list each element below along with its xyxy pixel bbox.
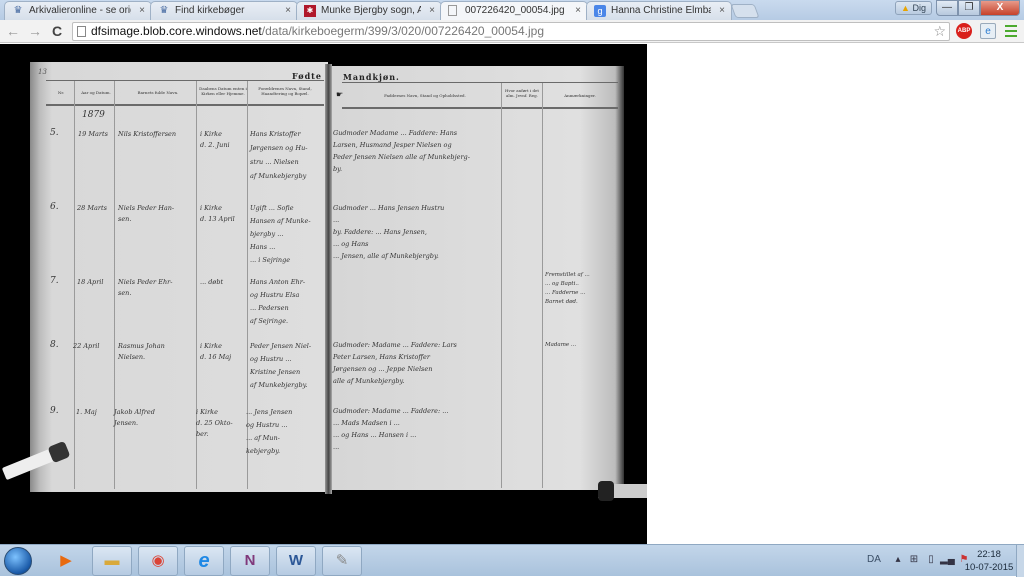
page-number: 13 [38, 67, 47, 78]
entry-sponsors: Peter Larsen, Hans Kristoffer [333, 352, 430, 363]
entry-remark: Fremstillet af ... [545, 271, 590, 280]
entry-child-name: Jensen. [114, 418, 138, 429]
col-header-parents: Forældrenes Navn, Stand, Haandtering og … [250, 86, 320, 96]
entry-sponsors: ... [333, 215, 339, 226]
entry-parents: af Munkebjergby. [250, 380, 308, 391]
entry-baptism: ... døbt [200, 277, 223, 288]
tab-hanna-christine[interactable]: g Hanna Christine Elmbæk f × [586, 1, 732, 20]
entry-sponsors: Peder Jensen Nielsen alle af Munkebjerg- [333, 152, 470, 163]
header-rule-bottom [46, 104, 324, 106]
clock-date: 10-07-2015 [960, 561, 1018, 574]
tab-label: Find kirkebøger [175, 2, 277, 20]
entry-date: 18 April [77, 277, 103, 288]
entry-number: 5. [50, 128, 59, 139]
entry-parents: Kristine Jensen [250, 367, 300, 378]
entry-sponsors: Gudmoder: Madame ... Faddere: ... [333, 406, 448, 417]
col-header-child-name: Barnets fulde Navn. [118, 90, 198, 95]
entry-sponsors: Gudmoder: Madame ... Faddere: Lars [333, 340, 457, 351]
internet-explorer-icon[interactable]: e [184, 546, 224, 576]
col-header-baptism: Daabens Datum enten i Kirken eller Hjemm… [198, 86, 248, 96]
col-header-remarks: Anmærkninger. [545, 93, 615, 98]
ie-tab-extension-icon[interactable]: e [980, 23, 996, 39]
tab-label: Hanna Christine Elmbæk f [611, 2, 711, 20]
chrome-menu-icon[interactable] [1005, 25, 1017, 40]
entry-parents: af Munkebjergby [250, 171, 306, 182]
entry-child-name: Nils Kristoffersen [118, 129, 176, 140]
url-path: /data/kirkeboegerm/399/3/020/007226420_0… [262, 24, 544, 38]
entry-child-name: sen. [118, 288, 131, 299]
entry-sponsors: ... Jensen, alle af Munkebjergby. [333, 251, 439, 262]
entry-child-name: Niels Peder Han- [118, 203, 174, 214]
forward-button[interactable]: → [26, 22, 44, 40]
entry-baptism: i Kirke [200, 341, 222, 352]
entry-parents: stru ... Nielsen [250, 157, 299, 168]
entry-sponsors: Jørgensen og ... Jeppe Nielsen [333, 364, 432, 375]
entry-parents: af Sejringe. [250, 316, 288, 327]
entry-sponsors: by. Faddere: ... Hans Jensen, [333, 227, 427, 238]
tab-label: 007226420_00054.jpg (31 [465, 2, 567, 20]
page-viewport: 13 Fødte Mandkjøn. Nr. Aar og Datum. Bar… [0, 44, 1024, 544]
entry-parents: kebjergby. [246, 446, 280, 457]
tab-label: Munke Bjergby sogn, Alst [321, 2, 421, 20]
entry-number: 6. [50, 202, 59, 213]
col-header-nr: Nr. [50, 90, 72, 95]
reload-button[interactable]: C [48, 22, 66, 40]
profile-badge[interactable]: ▲ Dig [895, 1, 932, 15]
col-header-register: Hvor anført i det alm. Jevnf. Reg. [503, 88, 541, 98]
entry-remark: ... Fadderne ... [545, 289, 585, 298]
start-button[interactable] [4, 547, 32, 575]
entry-child-name: Nielsen. [118, 352, 145, 363]
page-clip-object [598, 484, 647, 498]
entry-parents: Hans Kristoffer [250, 129, 301, 140]
entry-baptism: d. 25 Okto- [196, 418, 233, 429]
column-divider [542, 83, 543, 488]
entry-child-name: Niels Peder Ehr- [118, 277, 172, 288]
entry-parents: Hans Anton Ehr- [250, 277, 305, 288]
chrome-icon[interactable]: ◉ [138, 546, 178, 576]
entry-sponsors: alle af Munkebjergby. [333, 376, 404, 387]
windows-update-icon[interactable]: ⊞ [908, 554, 920, 566]
entry-parents: Hans ... [250, 242, 275, 253]
profile-name: Dig [912, 3, 926, 13]
entry-parents: bjergby ... [250, 229, 283, 240]
entry-child-name: Rasmus Johan [118, 341, 165, 352]
file-explorer-icon[interactable]: ▬ [92, 546, 132, 576]
header-rule-top [46, 80, 324, 81]
book-gutter [325, 64, 332, 494]
header-rule-top [342, 82, 618, 83]
entry-sponsors: ... Mads Madsen i ... [333, 418, 400, 429]
show-desktop-button[interactable] [1016, 545, 1024, 576]
header-rule-bottom [342, 107, 618, 109]
minimize-button[interactable]: — [936, 0, 958, 16]
scanned-church-book-image[interactable]: 13 Fødte Mandkjøn. Nr. Aar og Datum. Bar… [0, 44, 647, 544]
entry-number: 7. [50, 276, 59, 287]
entry-date: 19 Marts [78, 129, 108, 140]
window-controls: ▲ Dig — ❐ X [895, 0, 1020, 16]
entry-child-name: sen. [118, 214, 131, 225]
column-divider [74, 81, 75, 489]
page-icon [448, 5, 457, 16]
bookmark-star-icon[interactable]: ☆ [933, 23, 946, 40]
tab-label: Arkivalieronline - se origir [29, 2, 131, 20]
entry-sponsors: Larsen, Husmand Jesper Nielsen og [333, 140, 452, 151]
network-signal-icon[interactable]: ▂▄ [940, 554, 952, 566]
google-icon: g [594, 5, 606, 17]
show-hidden-icons-icon[interactable]: ▴ [892, 554, 904, 566]
entry-parents: og Hustru ... [250, 354, 292, 365]
paint-icon[interactable]: ✎ [322, 546, 362, 576]
col-header-date: Aar og Datum. [76, 90, 116, 95]
entry-parents: Peder Jensen Niel- [250, 341, 311, 352]
entry-baptism: d. 2. Juni [200, 140, 230, 151]
tab-find-kirkeboger[interactable]: ♛ Find kirkebøger × [150, 1, 298, 20]
system-clock[interactable]: 22:18 10-07-2015 [960, 548, 1018, 574]
clock-time: 22:18 [960, 548, 1018, 561]
entry-date: 22 April [73, 341, 99, 352]
entry-baptism: d. 13 April [200, 214, 235, 225]
entry-parents: og Hustru ... [246, 420, 288, 431]
crown-icon: ♛ [158, 5, 170, 17]
system-tray: DA ▴ ⊞ ▯ ▂▄ ⚑ 22:18 10-07-2015 [824, 545, 1024, 576]
battery-icon[interactable]: ▯ [925, 554, 937, 566]
entry-remark: Barnet død. [545, 298, 578, 307]
entry-remark: ... og Bapti.. [545, 280, 579, 289]
close-tab-icon[interactable]: × [139, 2, 145, 20]
pointer-hand-icon: ☛ [336, 90, 343, 99]
entry-parents: ... Jens Jensen [246, 407, 292, 418]
entry-child-name: Jakob Alfred [114, 407, 155, 418]
entry-baptism: i Kirke [200, 203, 222, 214]
entry-parents: og Hustru Elsa [250, 290, 299, 301]
maximize-button[interactable]: ❐ [958, 0, 980, 16]
warning-icon: ▲ [901, 3, 910, 13]
close-tab-icon[interactable]: × [719, 2, 725, 20]
url-host: dfsimage.blob.core.windows.net [91, 24, 262, 38]
col-header-sponsors: Faddernes Navn, Stand og Opholdssted. [350, 93, 500, 98]
tab-current-image[interactable]: 007226420_00054.jpg (31 × [440, 1, 588, 20]
entry-parents: Ugift ... Sofie [250, 203, 294, 214]
site-favicon-icon: ✱ [304, 5, 316, 17]
entry-date: 1. Maj [76, 407, 97, 418]
language-indicator[interactable]: DA [867, 554, 881, 565]
close-tab-icon[interactable]: × [285, 2, 291, 20]
entry-number: 8. [50, 340, 59, 351]
new-tab-button[interactable] [730, 4, 759, 18]
entry-date: 28 Marts [77, 203, 107, 214]
entry-parents: ... i Sejringe [250, 255, 290, 266]
entry-baptism: d. 16 Maj [200, 352, 231, 363]
entry-sponsors: by. [333, 164, 342, 175]
onenote-icon[interactable]: N [230, 546, 270, 576]
entry-parents: ... af Mun- [246, 433, 280, 444]
close-tab-icon[interactable]: × [575, 2, 581, 20]
entry-baptism: ber. [196, 429, 208, 440]
tab-strip: ♛ Arkivalieronline - se origir × ♛ Find … [0, 0, 1024, 20]
crown-icon: ♛ [12, 5, 24, 17]
tab-munke-bjergby[interactable]: ✱ Munke Bjergby sogn, Alst × [296, 1, 442, 20]
page-icon [77, 26, 86, 37]
address-bar[interactable]: dfsimage.blob.core.windows.net/data/kirk… [72, 22, 950, 41]
tab-arkivalieronline[interactable]: ♛ Arkivalieronline - se origir × [4, 1, 152, 20]
entry-baptism: i Kirke [196, 407, 218, 418]
entry-number: 9. [50, 406, 59, 417]
entry-parents: Jørgensen og Hu- [250, 143, 307, 154]
entry-sponsors: Gudmoder ... Hans Jensen Hustru [333, 203, 444, 214]
entry-sponsors: ... og Hans [333, 239, 368, 250]
close-tab-icon[interactable]: × [429, 2, 435, 20]
adblock-plus-icon[interactable]: ABP [956, 23, 972, 39]
close-window-button[interactable]: X [980, 0, 1020, 16]
entry-year: 1879 [82, 110, 105, 121]
entry-parents: Hansen af Munke- [250, 216, 311, 227]
right-page-title: Mandkjøn. [343, 72, 400, 82]
media-player-icon[interactable]: ▶ [46, 546, 86, 576]
entry-remark: Madame ... [545, 340, 576, 351]
entry-sponsors: Gudmoder Madame ... Faddere: Hans [333, 128, 457, 139]
windows-taskbar: ▶ ▬ ◉ e N W ✎ DA ▴ ⊞ ▯ ▂▄ ⚑ 22:18 10-07-… [0, 544, 1024, 576]
browser-toolbar: ← → C dfsimage.blob.core.windows.net/dat… [0, 20, 1024, 43]
entry-baptism: i Kirke [200, 129, 222, 140]
column-divider [501, 83, 502, 488]
back-button[interactable]: ← [4, 22, 22, 40]
entry-sponsors: ... og Hans ... Hansen i ... [333, 430, 416, 441]
word-icon[interactable]: W [276, 546, 316, 576]
entry-sponsors: ... [333, 442, 339, 453]
entry-parents: ... Pedersen [250, 303, 289, 314]
